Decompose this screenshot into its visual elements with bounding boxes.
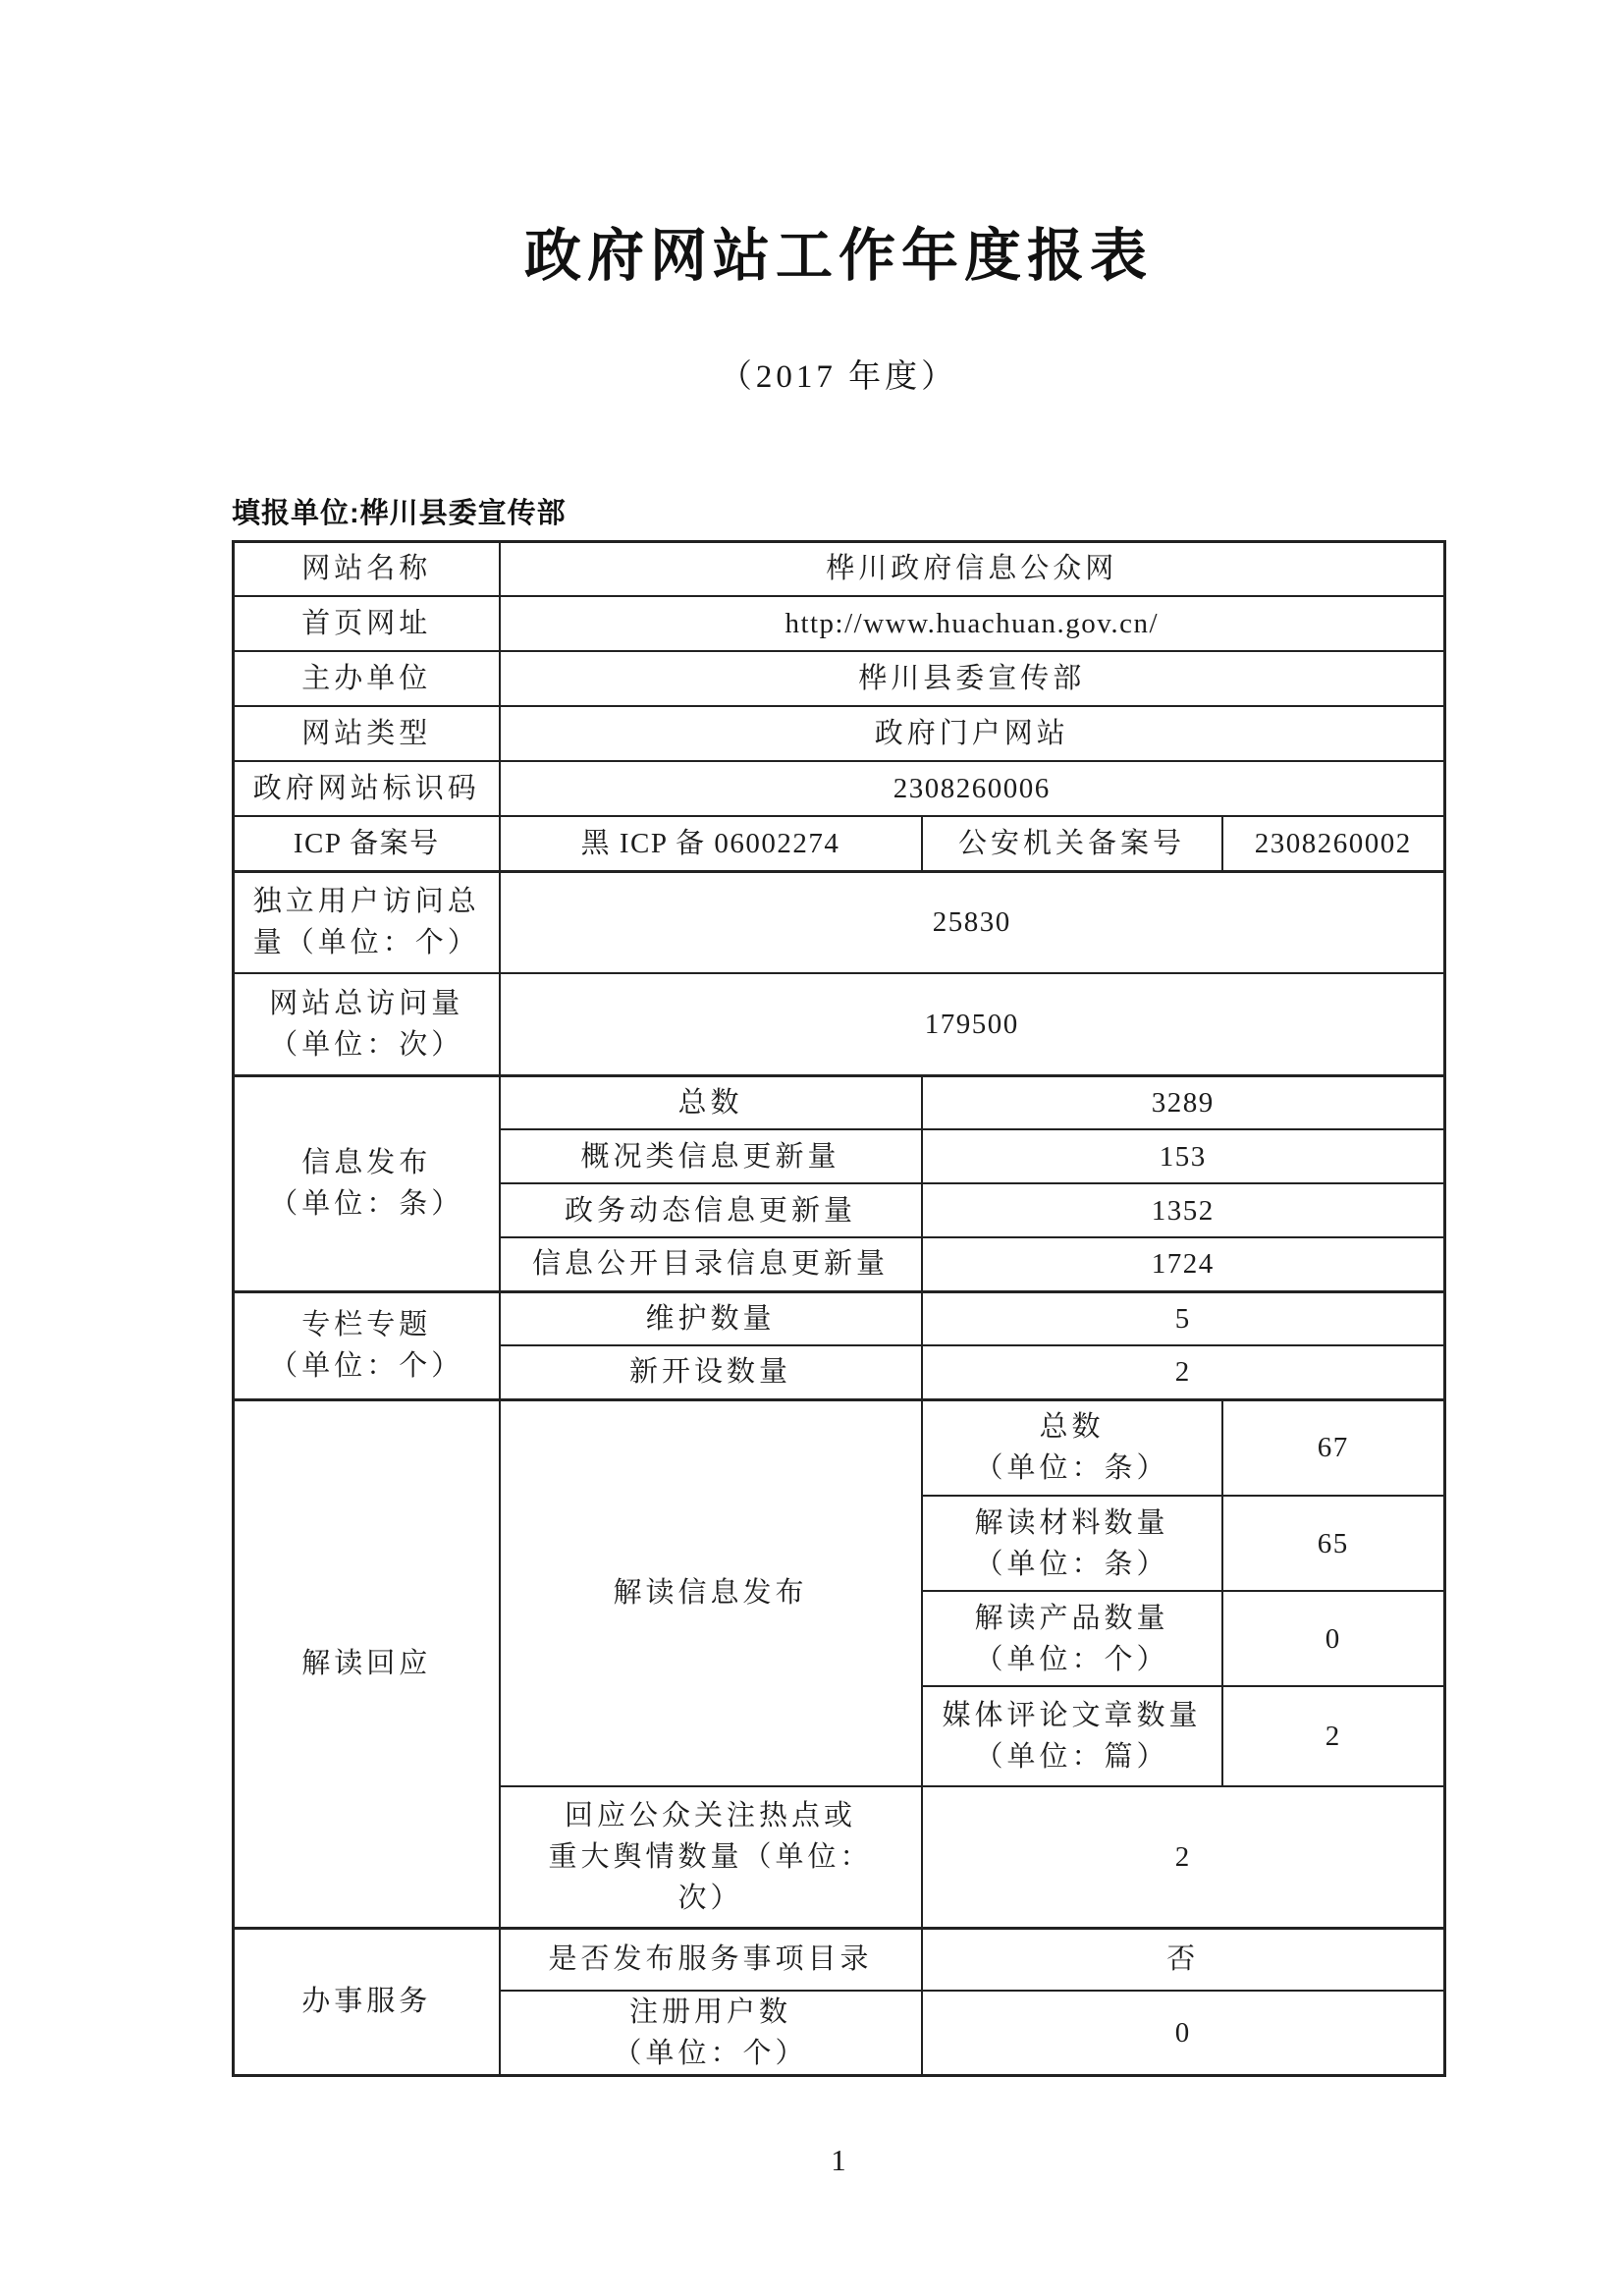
site-name-label: 网站名称 <box>234 541 500 596</box>
police-record-label: 公安机关备案号 <box>922 816 1222 871</box>
info-publish-dynamics-value: 1352 <box>922 1183 1445 1237</box>
homepage-url-value: http://www.huachuan.gov.cn/ <box>500 596 1445 651</box>
table-row: 办事服务 是否发布服务事项目录 否 <box>234 1928 1445 1991</box>
table-row: 政府网站标识码 2308260006 <box>234 761 1445 816</box>
interpretation-publish-label: 解读信息发布 <box>500 1399 922 1786</box>
document-content: 政府网站工作年度报表 （2017 年度） 填报单位:桦川县委宣传部 网站名称 桦… <box>232 0 1445 2077</box>
services-section-label: 办事服务 <box>234 1928 500 2076</box>
interpretation-response-label: 回应公众关注热点或 重大舆情数量（单位： 次） <box>500 1786 922 1928</box>
organizer-value: 桦川县委宣传部 <box>500 651 1445 706</box>
interpretation-product-label: 解读产品数量 （单位：个） <box>922 1591 1222 1686</box>
info-publish-catalog-label: 信息公开目录信息更新量 <box>500 1237 922 1291</box>
special-columns-new-label: 新开设数量 <box>500 1345 922 1399</box>
info-publish-catalog-value: 1724 <box>922 1237 1445 1291</box>
page-number: 1 <box>232 2143 1445 2178</box>
unique-visitors-label: 独立用户访问总 量（单位：个） <box>234 871 500 973</box>
special-columns-new-value: 2 <box>922 1345 1445 1399</box>
total-visits-label: 网站总访问量 （单位：次） <box>234 973 500 1075</box>
info-publish-section-label: 信息发布 （单位：条） <box>234 1075 500 1291</box>
special-columns-maintained-value: 5 <box>922 1291 1445 1345</box>
info-publish-overview-value: 153 <box>922 1129 1445 1183</box>
interpretation-total-label: 总数 （单位：条） <box>922 1399 1222 1496</box>
interpretation-response-value: 2 <box>922 1786 1445 1928</box>
site-id-code-value: 2308260006 <box>500 761 1445 816</box>
site-id-code-label: 政府网站标识码 <box>234 761 500 816</box>
table-row: 网站类型 政府门户网站 <box>234 706 1445 761</box>
info-publish-dynamics-label: 政务动态信息更新量 <box>500 1183 922 1237</box>
info-publish-total-value: 3289 <box>922 1075 1445 1129</box>
total-visits-value: 179500 <box>500 973 1445 1075</box>
homepage-url-label: 首页网址 <box>234 596 500 651</box>
site-name-value: 桦川政府信息公众网 <box>500 541 1445 596</box>
services-registered-users-label: 注册用户数 （单位：个） <box>500 1991 922 2076</box>
info-publish-total-label: 总数 <box>500 1075 922 1129</box>
table-row: 网站名称 桦川政府信息公众网 <box>234 541 1445 596</box>
table-row: 首页网址 http://www.huachuan.gov.cn/ <box>234 596 1445 651</box>
special-columns-section-label: 专栏专题 （单位：个） <box>234 1291 500 1399</box>
site-type-label: 网站类型 <box>234 706 500 761</box>
unique-visitors-value: 25830 <box>500 871 1445 973</box>
interpretation-media-label: 媒体评论文章数量 （单位：篇） <box>922 1686 1222 1786</box>
interpretation-product-value: 0 <box>1222 1591 1445 1686</box>
reporting-unit-line: 填报单位:桦川县委宣传部 <box>232 491 1445 531</box>
table-row: 信息发布 （单位：条） 总数 3289 <box>234 1075 1445 1129</box>
services-registered-users-value: 0 <box>922 1991 1445 2076</box>
table-row: 网站总访问量 （单位：次） 179500 <box>234 973 1445 1075</box>
special-columns-maintained-label: 维护数量 <box>500 1291 922 1345</box>
interpretation-material-value: 65 <box>1222 1496 1445 1591</box>
annual-report-table: 网站名称 桦川政府信息公众网 首页网址 http://www.huachuan.… <box>232 540 1446 2078</box>
services-catalog-value: 否 <box>922 1928 1445 1991</box>
table-row: 主办单位 桦川县委宣传部 <box>234 651 1445 706</box>
icp-value: 黑 ICP 备 06002274 <box>500 816 922 871</box>
interpretation-section-label: 解读回应 <box>234 1399 500 1928</box>
table-row: 专栏专题 （单位：个） 维护数量 5 <box>234 1291 1445 1345</box>
info-publish-overview-label: 概况类信息更新量 <box>500 1129 922 1183</box>
organizer-label: 主办单位 <box>234 651 500 706</box>
services-catalog-label: 是否发布服务事项目录 <box>500 1928 922 1991</box>
interpretation-total-value: 67 <box>1222 1399 1445 1496</box>
table-row: ICP 备案号 黑 ICP 备 06002274 公安机关备案号 2308260… <box>234 816 1445 871</box>
document-page: 政府网站工作年度报表 （2017 年度） 填报单位:桦川县委宣传部 网站名称 桦… <box>0 0 1623 2296</box>
interpretation-media-value: 2 <box>1222 1686 1445 1786</box>
police-record-value: 2308260002 <box>1222 816 1445 871</box>
page-title: 政府网站工作年度报表 <box>232 224 1445 290</box>
icp-label: ICP 备案号 <box>234 816 500 871</box>
table-row: 独立用户访问总 量（单位：个） 25830 <box>234 871 1445 973</box>
interpretation-material-label: 解读材料数量 （单位：条） <box>922 1496 1222 1591</box>
page-subtitle: （2017 年度） <box>232 351 1445 397</box>
site-type-value: 政府门户网站 <box>500 706 1445 761</box>
table-row: 解读回应 解读信息发布 总数 （单位：条） 67 <box>234 1399 1445 1496</box>
